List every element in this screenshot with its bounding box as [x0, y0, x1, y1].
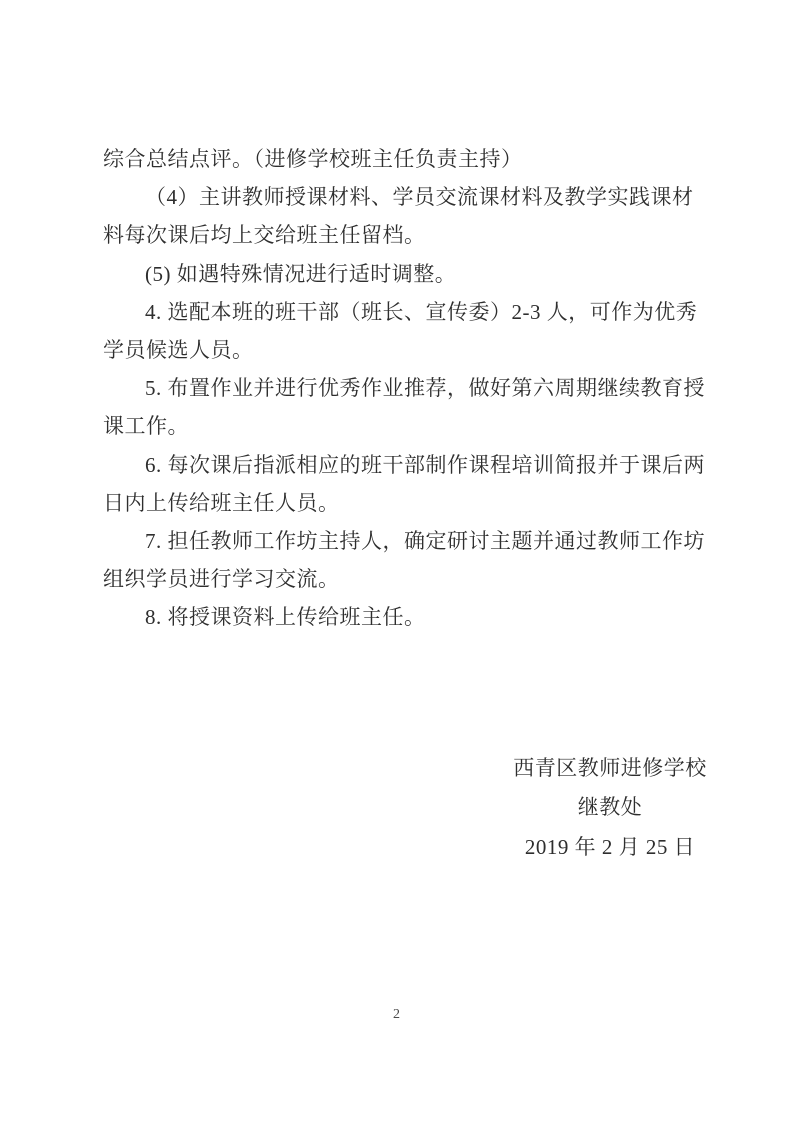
body-line: 综合总结点评。（进修学校班主任负责主持）: [103, 140, 709, 178]
body-line: （4）主讲教师授课材料、学员交流课材料及教学实践课材: [103, 178, 709, 216]
page-number: 2: [0, 1007, 793, 1023]
body-line: 6. 每次课后指派相应的班干部制作课程培训简报并于课后两: [103, 446, 709, 484]
document-body: 综合总结点评。（进修学校班主任负责主持） （4）主讲教师授课材料、学员交流课材料…: [103, 140, 709, 637]
body-line: 5. 布置作业并进行优秀作业推荐，做好第六周期继续教育授: [103, 369, 709, 407]
body-line: 料每次课后均上交给班主任留档。: [103, 216, 709, 254]
body-line: 课工作。: [103, 407, 709, 445]
body-line: 8. 将授课资料上传给班主任。: [103, 598, 709, 636]
document-page: 综合总结点评。（进修学校班主任负责主持） （4）主讲教师授课材料、学员交流课材料…: [0, 0, 793, 1122]
body-line: 学员候选人员。: [103, 331, 709, 369]
signature-department: 继教处: [455, 788, 765, 827]
body-line: (5) 如遇特殊情况进行适时调整。: [103, 255, 709, 293]
body-line: 4. 选配本班的班干部（班长、宣传委）2-3 人，可作为优秀: [103, 293, 709, 331]
signature-date: 2019 年 2 月 25 日: [455, 828, 765, 867]
signature-organization: 西青区教师进修学校: [455, 749, 765, 788]
body-line: 组织学员进行学习交流。: [103, 560, 709, 598]
body-line: 7. 担任教师工作坊主持人，确定研讨主题并通过教师工作坊: [103, 522, 709, 560]
signature-block: 西青区教师进修学校 继教处 2019 年 2 月 25 日: [455, 749, 765, 867]
body-line: 日内上传给班主任人员。: [103, 484, 709, 522]
